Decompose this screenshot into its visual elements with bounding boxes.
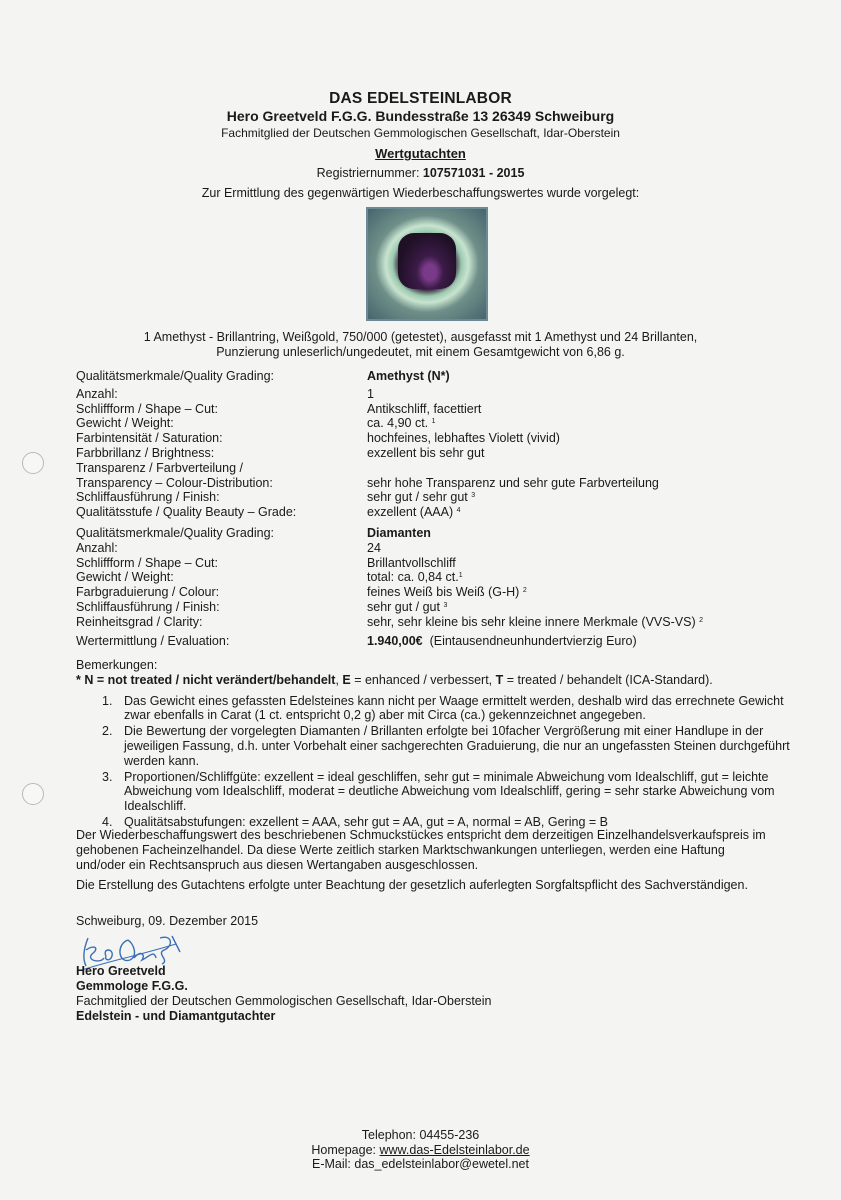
amethyst-grading-row: Transparency – Colour-Distribution:sehr …	[76, 476, 659, 491]
grading-value: sehr gut / sehr gut 3	[367, 490, 475, 505]
lab-membership: Fachmitglied der Deutschen Gemmologische…	[0, 126, 841, 140]
grading-label: Gewicht / Weight:	[76, 416, 367, 431]
grading-value: 1	[367, 387, 374, 402]
grading-label: Qualitätsstufe / Quality Beauty – Grade:	[76, 505, 367, 520]
punch-hole	[22, 452, 44, 474]
intro-text: Zur Ermittlung des gegenwärtigen Wiederb…	[0, 186, 841, 200]
grading-label: Anzahl:	[76, 387, 367, 402]
grading-value: sehr, sehr kleine bis sehr kleine innere…	[367, 615, 703, 630]
diamond-grading-row: Schliffausführung / Finish:sehr gut / gu…	[76, 600, 703, 615]
diamond-grading: Qualitätsmerkmale/Quality Grading:Diaman…	[76, 526, 703, 648]
grading-label: Schliffform / Shape – Cut:	[76, 402, 367, 417]
diamond-grading-row: Schliffform / Shape – Cut:Brillantvollsc…	[76, 556, 703, 571]
amethyst-gem-image	[398, 233, 456, 289]
diamond-grading-row: Anzahl:24	[76, 541, 703, 556]
treatment-legend: * N = not treated / nicht verändert/beha…	[76, 673, 796, 688]
item-description: 1 Amethyst - Brillantring, Weißgold, 750…	[0, 330, 841, 360]
lab-address: Hero Greetveld F.G.G. Bundesstraße 13 26…	[0, 108, 841, 124]
email: E-Mail: das_edelsteinlabor@ewetel.net	[0, 1157, 841, 1172]
evaluation-row: Wertermittlung / Evaluation:1.940,00€ (E…	[76, 634, 703, 649]
punch-hole	[22, 783, 44, 805]
grading-value: sehr gut / gut 3	[367, 600, 447, 615]
amethyst-grading: Qualitätsmerkmale/Quality Grading:Amethy…	[76, 369, 659, 520]
grading-label: Schliffausführung / Finish:	[76, 600, 367, 615]
grading-value: sehr hohe Transparenz und sehr gute Farb…	[367, 476, 659, 491]
grading-value: Brillantvollschliff	[367, 556, 456, 571]
homepage-link[interactable]: www.das-Edelsteinlabor.de	[380, 1143, 530, 1157]
grading-value: 24	[367, 541, 381, 556]
grading-label: Farbbrillanz / Brightness:	[76, 446, 367, 461]
document-title: Wertgutachten	[0, 146, 841, 161]
amethyst-grading-row: Schliffform / Shape – Cut:Antikschliff, …	[76, 402, 659, 417]
grading-value: hochfeines, lebhaftes Violett (vivid)	[367, 431, 560, 446]
amethyst-grading-row: Gewicht / Weight:ca. 4,90 ct. 1	[76, 416, 659, 431]
disclaimer: Der Wiederbeschaffungswert des beschrieb…	[76, 828, 776, 873]
signer-block: Hero Greetveld Gemmologe F.G.G. Fachmitg…	[76, 964, 491, 1024]
amethyst-grading-row: Anzahl:1	[76, 387, 659, 402]
remark-note: 3.Proportionen/Schliffgüte: exzellent = …	[76, 770, 796, 814]
diligence-statement: Die Erstellung des Gutachtens erfolgte u…	[76, 878, 776, 893]
grading-label: Schliffausführung / Finish:	[76, 490, 367, 505]
grading-label: Gewicht / Weight:	[76, 570, 367, 585]
lab-name: DAS EDELSTEINLABOR	[0, 90, 841, 108]
grading-value: feines Weiß bis Weiß (G-H) 2	[367, 585, 527, 600]
amethyst-grading-row: Farbbrillanz / Brightness:exzellent bis …	[76, 446, 659, 461]
remark-note: 2.Die Bewertung der vorgelegten Diamante…	[76, 724, 796, 768]
grading-label: Reinheitsgrad / Clarity:	[76, 615, 367, 630]
registration-number: Registriernummer: 107571031 - 2015	[0, 166, 841, 180]
remark-note: 1.Das Gewicht eines gefassten Edelsteine…	[76, 694, 796, 724]
remarks-section: Bemerkungen: * N = not treated / nicht v…	[76, 658, 796, 831]
diamond-grading-row: Gewicht / Weight:total: ca. 0,84 ct.1	[76, 570, 703, 585]
grading-value: exzellent bis sehr gut	[367, 446, 484, 461]
amethyst-grading-row: Farbintensität / Saturation:hochfeines, …	[76, 431, 659, 446]
grading-value: ca. 4,90 ct. 1	[367, 416, 436, 431]
grading-value: exzellent (AAA) 4	[367, 505, 461, 520]
grading-label: Schliffform / Shape – Cut:	[76, 556, 367, 571]
amethyst-grading-row: Transparenz / Farbverteilung /	[76, 461, 659, 476]
appraisal-document: DAS EDELSTEINLABOR Hero Greetveld F.G.G.…	[0, 0, 841, 1200]
grading-label: Farbgraduierung / Colour:	[76, 585, 367, 600]
grading-label: Transparency – Colour-Distribution:	[76, 476, 367, 491]
grading-value: total: ca. 0,84 ct.1	[367, 570, 463, 585]
footer-contact: Telephon: 04455-236 Homepage: www.das-Ed…	[0, 1128, 841, 1172]
grading-label: Anzahl:	[76, 541, 367, 556]
diamond-grading-row: Reinheitsgrad / Clarity:sehr, sehr klein…	[76, 615, 703, 630]
amethyst-grading-row: Qualitätsstufe / Quality Beauty – Grade:…	[76, 505, 659, 520]
grading-label: Transparenz / Farbverteilung /	[76, 461, 367, 476]
grading-value: Antikschliff, facettiert	[367, 402, 481, 417]
place-date: Schweiburg, 09. Dezember 2015	[76, 914, 776, 929]
ring-photo	[366, 207, 488, 321]
grading-label: Farbintensität / Saturation:	[76, 431, 367, 446]
phone: Telephon: 04455-236	[0, 1128, 841, 1143]
amethyst-grading-row: Schliffausführung / Finish:sehr gut / se…	[76, 490, 659, 505]
diamond-grading-row: Farbgraduierung / Colour:feines Weiß bis…	[76, 585, 703, 600]
